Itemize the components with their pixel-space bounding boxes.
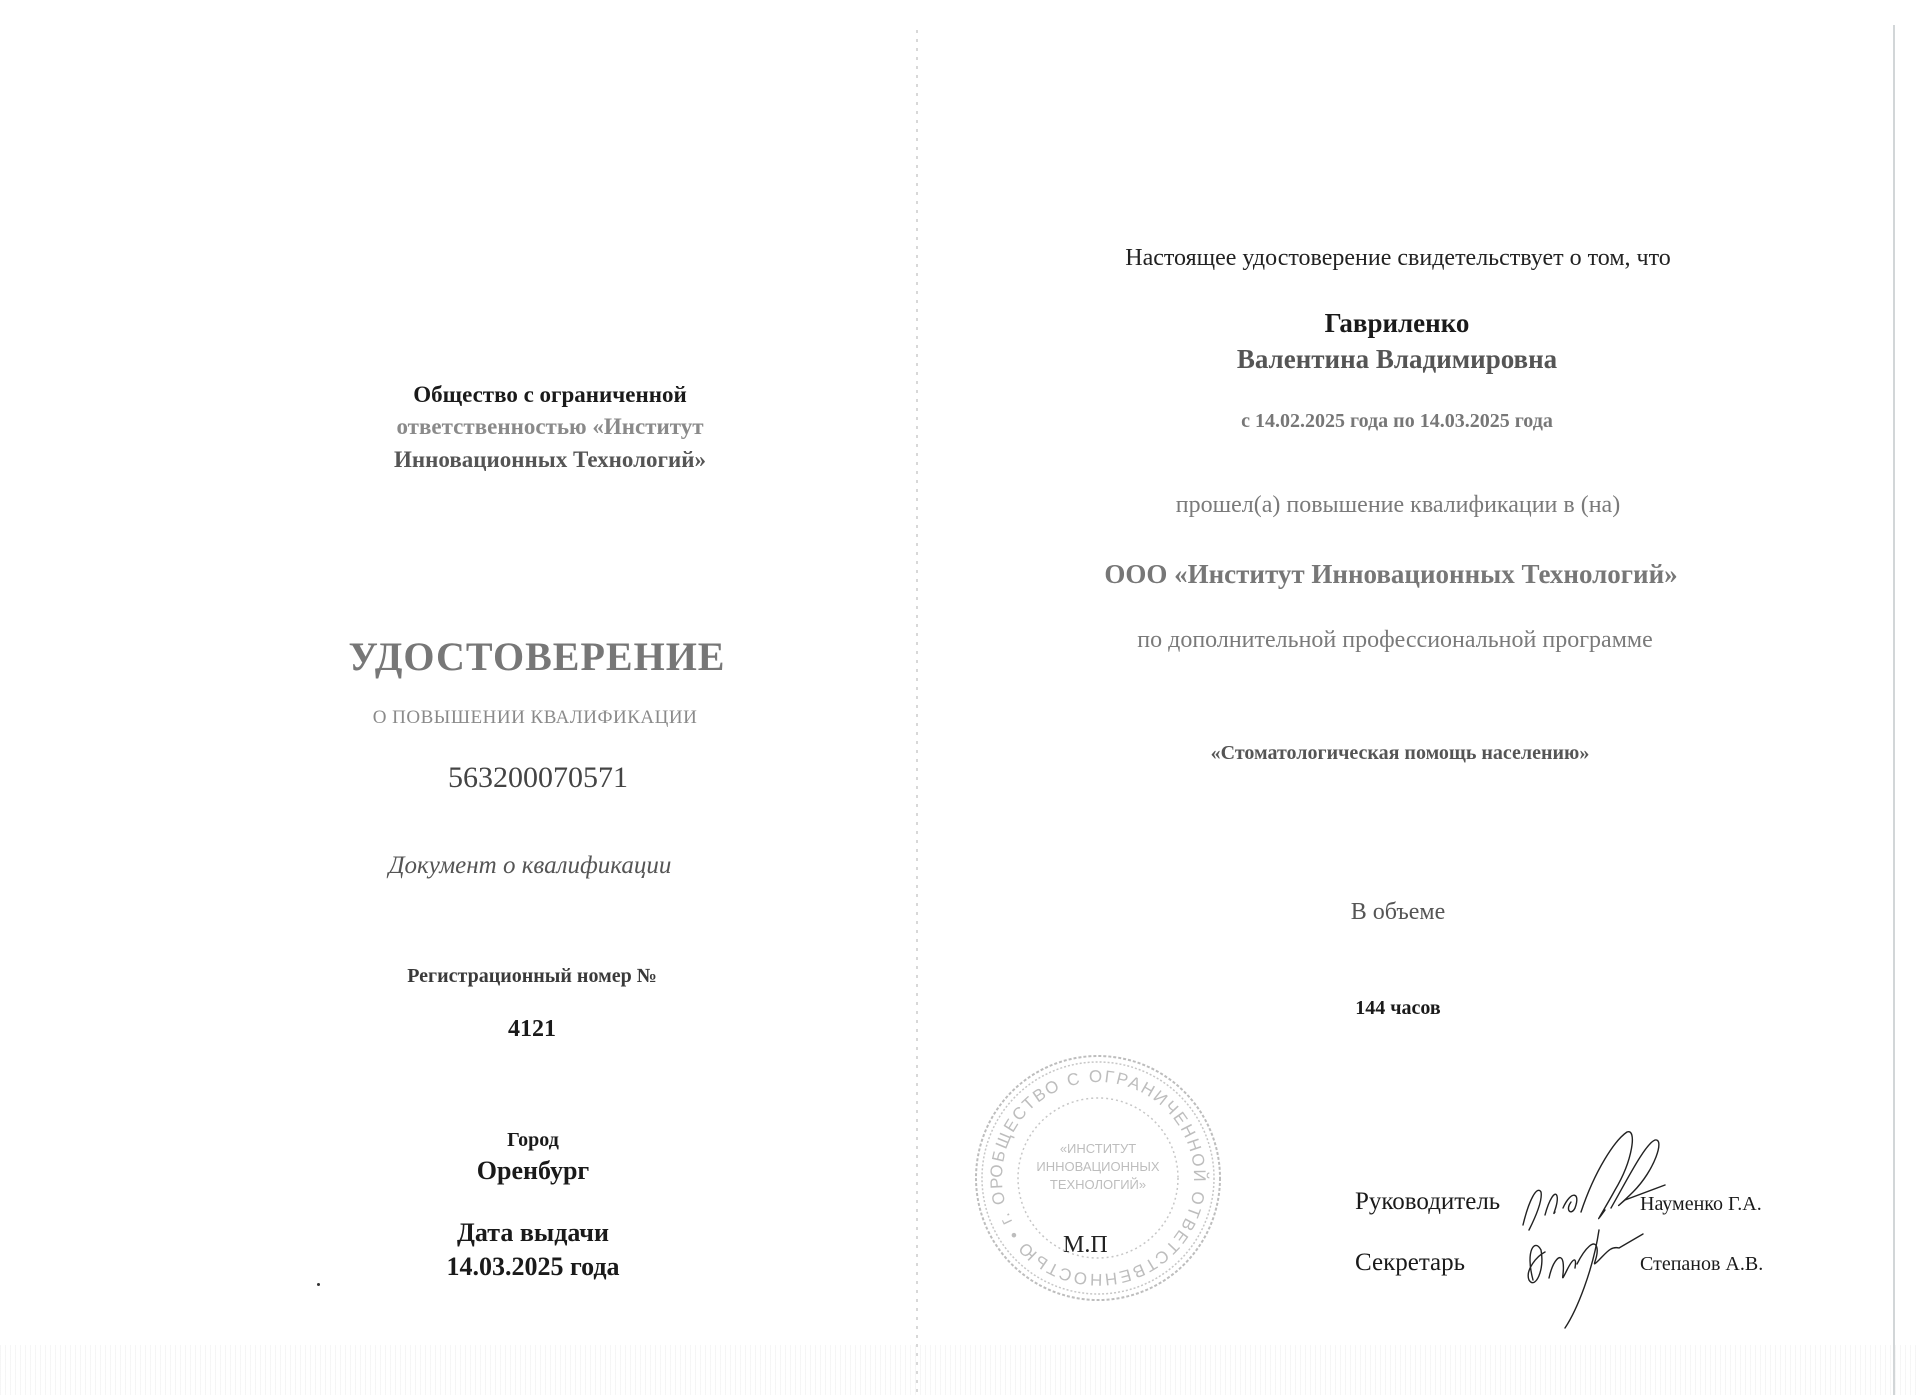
page-fold-line bbox=[916, 30, 918, 1395]
issue-date-label: Дата выдачи bbox=[457, 1220, 609, 1246]
completed-text: прошел(а) повышение квалификации в (на) bbox=[1176, 493, 1620, 517]
program-name: «Стоматологическая помощь населению» bbox=[1211, 743, 1590, 763]
document-title: УДОСТОВЕРЕНИЕ bbox=[349, 637, 726, 677]
issue-date: 14.03.2025 года bbox=[446, 1254, 619, 1280]
serial-number: 563200070571 bbox=[448, 763, 628, 793]
organization-line-1: Общество с ограниченной bbox=[413, 383, 686, 406]
program-intro: по дополнительной профессиональной прогр… bbox=[1137, 628, 1652, 652]
recipient-surname: Гавриленко bbox=[1325, 310, 1470, 337]
official-seal-icon: ОБЩЕСТВО С ОГРАНИЧЕННОЙ ОТВЕТСТВЕННОСТЬЮ… bbox=[973, 1053, 1223, 1303]
svg-text:«ИНСТИТУТ: «ИНСТИТУТ bbox=[1060, 1141, 1136, 1156]
registration-label: Регистрационный номер № bbox=[407, 966, 657, 986]
handwritten-signature-icon bbox=[1515, 1130, 1675, 1330]
document-subtitle: О ПОВЫШЕНИИ КВАЛИФИКАЦИИ bbox=[373, 708, 698, 727]
scan-speck bbox=[317, 1283, 320, 1286]
document-type: Документ о квалификации bbox=[389, 853, 672, 878]
organization-line-3: Инновационных Технологий» bbox=[394, 448, 706, 471]
svg-text:ТЕХНОЛОГИЙ»: ТЕХНОЛОГИЙ» bbox=[1050, 1177, 1146, 1192]
scan-edge bbox=[1893, 25, 1895, 1395]
recipient-given-names: Валентина Владимировна bbox=[1237, 346, 1557, 373]
city-label: Город bbox=[507, 1130, 559, 1150]
institution-name: ООО «Институт Инновационных Технологий» bbox=[1104, 561, 1677, 588]
training-period: с 14.02.2025 года по 14.03.2025 года bbox=[1241, 411, 1553, 431]
city-value: Оренбург bbox=[477, 1158, 589, 1184]
scan-noise bbox=[0, 1345, 1920, 1395]
svg-text:ИННОВАЦИОННЫХ: ИННОВАЦИОННЫХ bbox=[1036, 1159, 1159, 1174]
intro-text: Настоящее удостоверение свидетельствует … bbox=[1125, 246, 1671, 270]
seal-label: М.П bbox=[1063, 1232, 1108, 1259]
volume-value: 144 часов bbox=[1355, 998, 1440, 1018]
signatory-role-secretary: Секретарь bbox=[1355, 1249, 1465, 1277]
signatory-role-director: Руководитель bbox=[1355, 1188, 1500, 1216]
volume-label: В объеме bbox=[1351, 900, 1446, 924]
organization-line-2: ответственностью «Институт bbox=[396, 415, 703, 438]
registration-number: 4121 bbox=[508, 1017, 556, 1041]
